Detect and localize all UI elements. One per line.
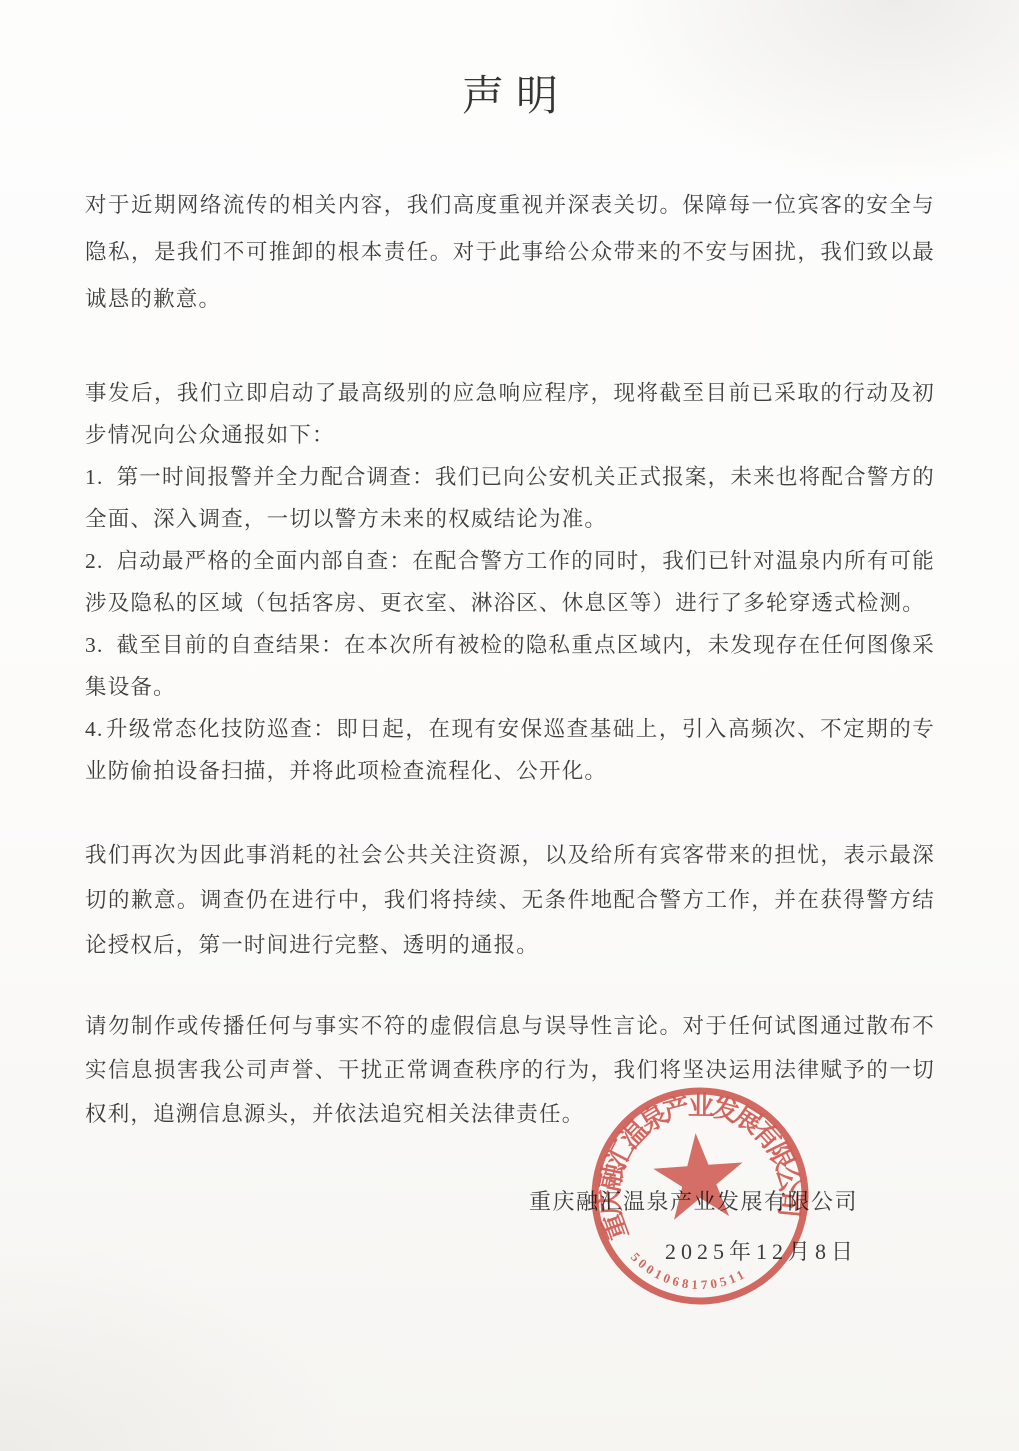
list-item-internal-inspection: 2.启动最严格的全面内部自查：在配合警方工作的同时，我们已针对温泉内所有可能涉及… bbox=[85, 540, 935, 624]
list-item-text: 截至目前的自查结果：在本次所有被检的隐私重点区域内，未发现存在任何图像采集设备。 bbox=[85, 633, 935, 699]
paragraph-actions-intro: 事发后，我们立即启动了最高级别的应急响应程序，现将截至目前已采取的行动及初步情况… bbox=[85, 372, 935, 456]
list-item-text: 启动最严格的全面内部自查：在配合警方工作的同时，我们已针对温泉内所有可能涉及隐私… bbox=[85, 549, 935, 615]
list-item-number: 3. bbox=[85, 633, 104, 657]
list-item-upgraded-patrols: 4.升级常态化技防巡查：即日起，在现有安保巡查基础上，引入高频次、不定期的专业防… bbox=[85, 708, 935, 792]
list-item-inspection-result: 3.截至目前的自查结果：在本次所有被检的隐私重点区域内，未发现存在任何图像采集设… bbox=[85, 624, 935, 708]
signature-date: 2025年12月8日 bbox=[85, 1236, 858, 1268]
paragraph-legal-warning: 请勿制作或传播任何与事实不符的虚假信息与误导性言论。对于任何试图通过散布不实信息… bbox=[85, 1004, 935, 1136]
list-item-number: 2. bbox=[85, 549, 104, 573]
signature-company-name: 重庆融汇温泉产业发展有限公司 bbox=[85, 1186, 858, 1218]
list-item-text: 第一时间报警并全力配合调查：我们已向公安机关正式报案，未来也将配合警方的全面、深… bbox=[85, 465, 935, 531]
document-title: 声明 bbox=[85, 72, 935, 122]
signature-block: 重庆融汇温泉产业发展有限公司 2025年12月8日 bbox=[85, 1186, 935, 1268]
list-item-number: 1. bbox=[85, 465, 104, 489]
list-item-report-police: 1.第一时间报警并全力配合调查：我们已向公安机关正式报案，未来也将配合警方的全面… bbox=[85, 456, 935, 540]
statement-document-page: 声明 对于近期网络流传的相关内容，我们高度重视并深表关切。保障每一位宾客的安全与… bbox=[0, 0, 1019, 1451]
list-item-number: 4. bbox=[85, 717, 104, 741]
action-items-list: 1.第一时间报警并全力配合调查：我们已向公安机关正式报案，未来也将配合警方的全面… bbox=[85, 456, 935, 792]
paragraph-apology-intro: 对于近期网络流传的相关内容，我们高度重视并深表关切。保障每一位宾客的安全与隐私，… bbox=[85, 182, 935, 323]
list-item-text: 升级常态化技防巡查：即日起，在现有安保巡查基础上，引入高频次、不定期的专业防偷拍… bbox=[85, 717, 935, 783]
paragraph-deep-apology: 我们再次为因此事消耗的社会公共关注资源，以及给所有宾客带来的担忧，表示最深切的歉… bbox=[85, 833, 935, 968]
